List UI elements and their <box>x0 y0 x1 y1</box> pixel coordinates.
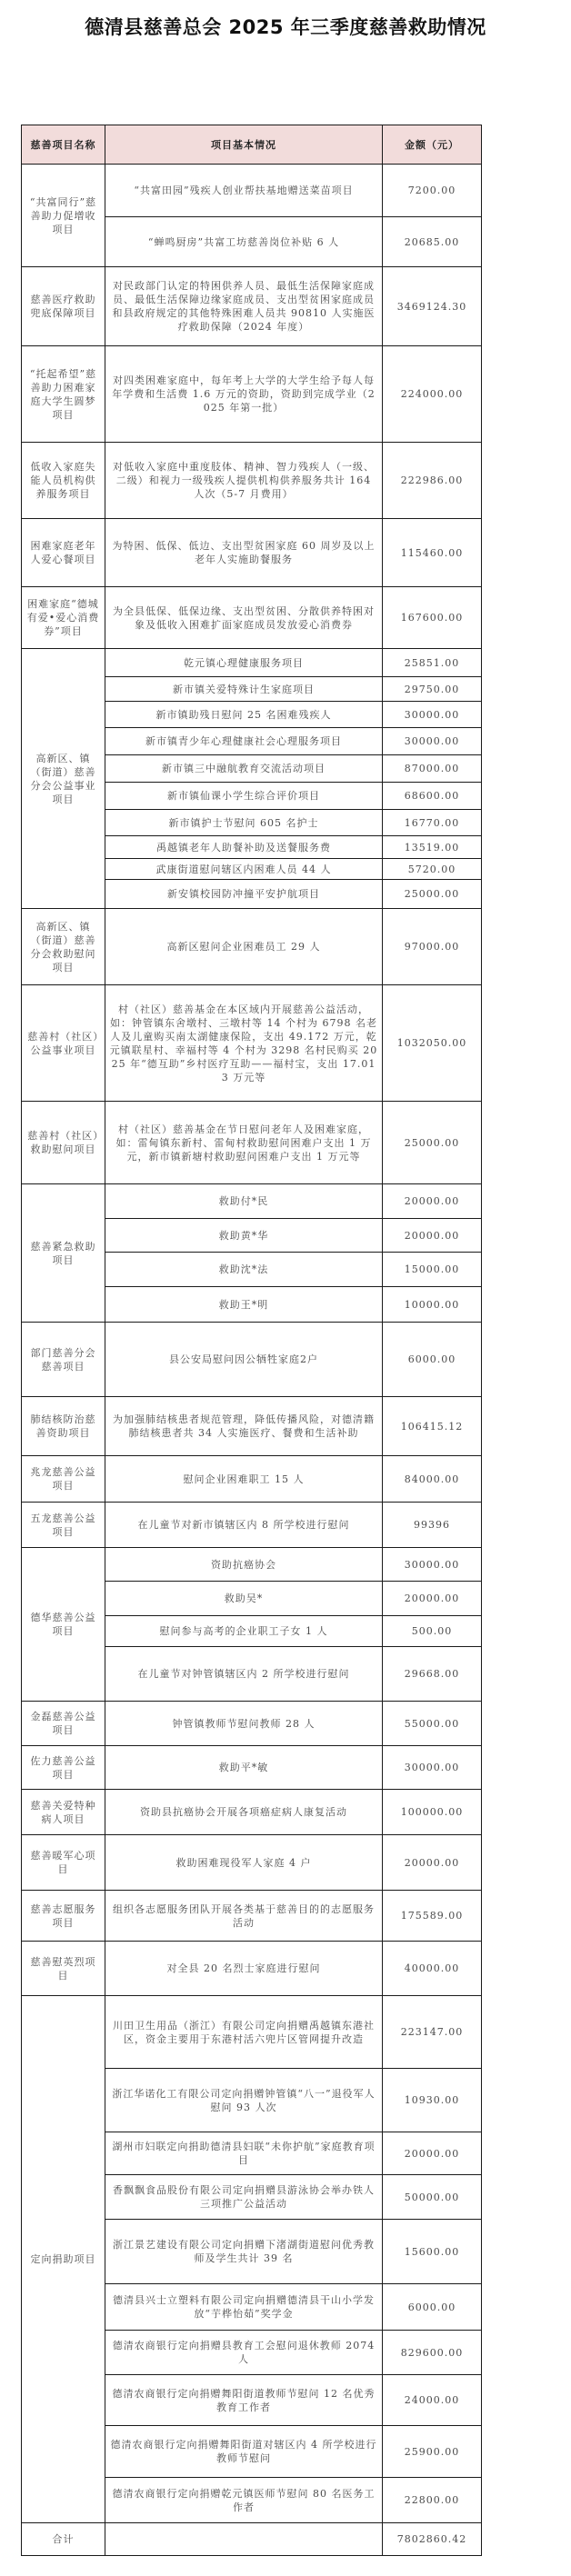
table-row: 德华慈善公益项目资助抗癌协会30000.00 <box>22 1548 482 1582</box>
project-description-cell: 在儿童节对新市镇辖区内 8 所学校进行慰问 <box>105 1503 383 1548</box>
total-label-cell: 合计 <box>22 2523 105 2556</box>
project-description-cell: 新市镇护士节慰问 605 名护士 <box>105 810 383 836</box>
project-description-cell: 湖州市妇联定向捐助德清县妇联“未你护航”家庭教育项目 <box>105 2132 383 2175</box>
amount-cell: 84000.00 <box>383 1456 482 1503</box>
amount-cell: 7200.00 <box>383 165 482 217</box>
table-row: 部门慈善分会慈善项目县公安局慰问因公牺牲家庭2户6000.00 <box>22 1323 482 1397</box>
amount-cell: 20000.00 <box>383 2132 482 2175</box>
project-description-cell: 县公安局慰问因公牺牲家庭2户 <box>105 1323 383 1397</box>
project-category-cell: 高新区、镇（街道）慈善分会救助慰问项目 <box>22 909 105 985</box>
table-row: 慈善村（社区）公益事业项目村（社区）慈善基金在本区域内开展慈善公益活动，如：钟管… <box>22 985 482 1102</box>
amount-cell: 68600.00 <box>383 783 482 810</box>
project-category-cell: 困难家庭老年人爱心餐项目 <box>22 519 105 587</box>
amount-cell: 15600.00 <box>383 2220 482 2284</box>
project-description-cell: 救助吴* <box>105 1582 383 1616</box>
amount-cell: 106415.12 <box>383 1397 482 1456</box>
table-row: “托起希望”慈善助力困难家庭大学生圆梦项目对四类困难家庭中，每年考上大学的大学生… <box>22 346 482 443</box>
amount-cell: 25851.00 <box>383 649 482 677</box>
project-description-cell: 德清县兴士立塑料有限公司定向捐赠德清县干山小学发放“芋桦怡茹”奖学金 <box>105 2284 383 2331</box>
table-row: 金磊慈善公益项目钟管镇教师节慰问教师 28 人55000.00 <box>22 1702 482 1746</box>
project-category-cell: 金磊慈善公益项目 <box>22 1702 105 1746</box>
table-header-row: 慈善项目名称 项目基本情况 金额（元） <box>22 125 482 165</box>
project-category-cell: 肺结核防治慈善资助项目 <box>22 1397 105 1456</box>
amount-cell: 55000.00 <box>383 1702 482 1746</box>
amount-cell: 24000.00 <box>383 2375 482 2426</box>
table-row: 慈善暖军心项目救助困难现役军人家庭 4 户20000.00 <box>22 1835 482 1891</box>
project-category-cell: 慈善医疗救助兜底保障项目 <box>22 267 105 346</box>
header-project-description: 项目基本情况 <box>105 125 383 165</box>
table-row: 五龙慈善公益项目在儿童节对新市镇辖区内 8 所学校进行慰问99396 <box>22 1503 482 1548</box>
amount-cell: 10930.00 <box>383 2069 482 2132</box>
project-description-cell: 救助平*敏 <box>105 1746 383 1790</box>
header-project-name: 慈善项目名称 <box>22 125 105 165</box>
table-row: 困难家庭“德城有爱•爱心消费券”项目为全县低保、低保边缘、支出型贫困、分散供养特… <box>22 587 482 649</box>
project-category-cell: 五龙慈善公益项目 <box>22 1503 105 1548</box>
project-description-cell: 新市镇青少年心理健康社会心理服务项目 <box>105 728 383 755</box>
project-description-cell: 村（社区）慈善基金在本区域内开展慈善公益活动，如：钟管镇东舍墩村、三墩村等 14… <box>105 985 383 1102</box>
project-description-cell: “蝉鸣厨房”共富工坊慈善岗位补贴 6 人 <box>105 217 383 267</box>
table-row: 慈善村（社区）救助慰问项目村（社区）慈善基金在节日慰问老年人及困难家庭，如：雷甸… <box>22 1102 482 1184</box>
table-body: “共富同行”慈善助力促增收项目“共富田园”残疾人创业帮扶基地赠送菜苗项目7200… <box>22 165 482 2556</box>
amount-cell: 25000.00 <box>383 1102 482 1184</box>
project-description-cell: 新市镇三中融航教育交流活动项目 <box>105 755 383 783</box>
amount-cell: 500.00 <box>383 1616 482 1647</box>
project-category-cell: 低收入家庭失能人员机构供养服务项目 <box>22 443 105 519</box>
amount-cell: 222986.00 <box>383 443 482 519</box>
amount-cell: 16770.00 <box>383 810 482 836</box>
project-description-cell: 乾元镇心理健康服务项目 <box>105 649 383 677</box>
amount-cell: 40000.00 <box>383 1942 482 1996</box>
project-category-cell: 慈善村（社区）救助慰问项目 <box>22 1102 105 1184</box>
table-row: 佐力慈善公益项目救助平*敏30000.00 <box>22 1746 482 1790</box>
table-row: 肺结核防治慈善资助项目为加强肺结核患者规范管理，降低传播风险，对德清籍肺结核患者… <box>22 1397 482 1456</box>
project-category-cell: 兆龙慈善公益项目 <box>22 1456 105 1503</box>
project-description-cell: 钟管镇教师节慰问教师 28 人 <box>105 1702 383 1746</box>
amount-cell: 29668.00 <box>383 1647 482 1702</box>
project-category-cell: 慈善关爱特种病人项目 <box>22 1790 105 1835</box>
table-row: 困难家庭老年人爱心餐项目为特困、低保、低边、支出型贫困家庭 60 周岁及以上老年… <box>22 519 482 587</box>
table-row: 慈善紧急救助项目救助付*民20000.00 <box>22 1184 482 1219</box>
project-category-cell: “托起希望”慈善助力困难家庭大学生圆梦项目 <box>22 346 105 443</box>
project-description-cell: 高新区慰问企业困难员工 29 人 <box>105 909 383 985</box>
project-description-cell: 德清农商银行定向捐赠县教育工会慰问退休教师 2074 人 <box>105 2331 383 2375</box>
project-description-cell: 德清农商银行定向捐赠舞阳街道对辖区内 4 所学校进行教师节慰问 <box>105 2426 383 2478</box>
project-description-cell: 新市镇仙课小学生综合评价项目 <box>105 783 383 810</box>
amount-cell: 30000.00 <box>383 702 482 728</box>
table-row: 慈善医疗救助兜底保障项目对民政部门认定的特困供养人员、最低生活保障家庭成员、最低… <box>22 267 482 346</box>
project-description-cell: 资助抗癌协会 <box>105 1548 383 1582</box>
project-category-cell: 高新区、镇（街道）慈善分会公益事业项目 <box>22 649 105 909</box>
project-description-cell: 救助困难现役军人家庭 4 户 <box>105 1835 383 1891</box>
total-row: 合计7802860.42 <box>22 2523 482 2556</box>
amount-cell: 20000.00 <box>383 1582 482 1616</box>
table-row: 慈善慰英烈项目对全县 20 名烈士家庭进行慰问40000.00 <box>22 1942 482 1996</box>
table-row: 兆龙慈善公益项目慰问企业困难职工 15 人84000.00 <box>22 1456 482 1503</box>
total-description-cell <box>105 2523 383 2556</box>
project-category-cell: 慈善暖军心项目 <box>22 1835 105 1891</box>
project-category-cell: 德华慈善公益项目 <box>22 1548 105 1702</box>
project-description-cell: 救助黄*华 <box>105 1219 383 1253</box>
total-amount-cell: 7802860.42 <box>383 2523 482 2556</box>
amount-cell: 20000.00 <box>383 1219 482 1253</box>
amount-cell: 1032050.00 <box>383 985 482 1102</box>
page-title: 德清县慈善总会 2025 年三季度慈善救助情况 <box>0 13 571 40</box>
project-description-cell: 对低收入家庭中重度肢体、精神、智力残疾人（一级、二级）和视力一级残疾人提供机构供… <box>105 443 383 519</box>
project-description-cell: 香飘飘食品股份有限公司定向捐赠县游泳协会举办铁人三项推广公益活动 <box>105 2175 383 2220</box>
project-description-cell: 浙江华诺化工有限公司定向捐赠钟管镇“八一”退役军人慰问 93 人次 <box>105 2069 383 2132</box>
project-category-cell: 困难家庭“德城有爱•爱心消费券”项目 <box>22 587 105 649</box>
project-category-cell: 慈善村（社区）公益事业项目 <box>22 985 105 1102</box>
project-description-cell: 救助王*明 <box>105 1287 383 1323</box>
amount-cell: 25000.00 <box>383 880 482 909</box>
project-category-cell: 慈善紧急救助项目 <box>22 1184 105 1323</box>
table-row: 高新区、镇（街道）慈善分会救助慰问项目高新区慰问企业困难员工 29 人97000… <box>22 909 482 985</box>
project-description-cell: 为特困、低保、低边、支出型贫困家庭 60 周岁及以上老年人实施助餐服务 <box>105 519 383 587</box>
amount-cell: 100000.00 <box>383 1790 482 1835</box>
amount-cell: 20685.00 <box>383 217 482 267</box>
amount-cell: 6000.00 <box>383 2284 482 2331</box>
project-category-cell: 部门慈善分会慈善项目 <box>22 1323 105 1397</box>
project-description-cell: “共富田园”残疾人创业帮扶基地赠送菜苗项目 <box>105 165 383 217</box>
project-description-cell: 武康街道慰问辖区内困难人员 44 人 <box>105 859 383 880</box>
charity-aid-table: 慈善项目名称 项目基本情况 金额（元） “共富同行”慈善助力促增收项目“共富田园… <box>21 125 482 2556</box>
project-description-cell: 对四类困难家庭中，每年考上大学的大学生给予每人每年学费和生活费 1.6 万元的资… <box>105 346 383 443</box>
project-description-cell: 组织各志愿服务团队开展各类基于慈善目的的志愿服务活动 <box>105 1891 383 1942</box>
amount-cell: 167600.00 <box>383 587 482 649</box>
amount-cell: 15000.00 <box>383 1253 482 1287</box>
amount-cell: 13519.00 <box>383 836 482 859</box>
project-description-cell: 新市镇关爱特殊计生家庭项目 <box>105 677 383 702</box>
amount-cell: 3469124.30 <box>383 267 482 346</box>
project-description-cell: 慰问参与高考的企业职工子女 1 人 <box>105 1616 383 1647</box>
project-description-cell: 德清农商银行定向捐赠舞阳街道教师节慰问 12 名优秀教育工作者 <box>105 2375 383 2426</box>
amount-cell: 6000.00 <box>383 1323 482 1397</box>
amount-cell: 829600.00 <box>383 2331 482 2375</box>
amount-cell: 223147.00 <box>383 1996 482 2069</box>
amount-cell: 99396 <box>383 1503 482 1548</box>
project-category-cell: 定向捐助项目 <box>22 1996 105 2523</box>
project-description-cell: 救助沈*法 <box>105 1253 383 1287</box>
project-description-cell: 在儿童节对钟管镇辖区内 2 所学校进行慰问 <box>105 1647 383 1702</box>
project-category-cell: “共富同行”慈善助力促增收项目 <box>22 165 105 267</box>
amount-cell: 87000.00 <box>383 755 482 783</box>
amount-cell: 30000.00 <box>383 1548 482 1582</box>
table-row: “共富同行”慈善助力促增收项目“共富田园”残疾人创业帮扶基地赠送菜苗项目7200… <box>22 165 482 217</box>
project-category-cell: 慈善志愿服务项目 <box>22 1891 105 1942</box>
project-category-cell: 慈善慰英烈项目 <box>22 1942 105 1996</box>
amount-cell: 97000.00 <box>383 909 482 985</box>
amount-cell: 30000.00 <box>383 1746 482 1790</box>
table-row: 慈善关爱特种病人项目资助县抗癌协会开展各项癌症病人康复活动100000.00 <box>22 1790 482 1835</box>
amount-cell: 224000.00 <box>383 346 482 443</box>
project-description-cell: 慰问企业困难职工 15 人 <box>105 1456 383 1503</box>
project-description-cell: 对全县 20 名烈士家庭进行慰问 <box>105 1942 383 1996</box>
header-amount: 金额（元） <box>383 125 482 165</box>
table-row: 高新区、镇（街道）慈善分会公益事业项目乾元镇心理健康服务项目25851.00 <box>22 649 482 677</box>
project-description-cell: 德清农商银行定向捐赠乾元镇医师节慰问 80 名医务工作者 <box>105 2478 383 2523</box>
amount-cell: 22800.00 <box>383 2478 482 2523</box>
project-description-cell: 救助付*民 <box>105 1184 383 1219</box>
amount-cell: 10000.00 <box>383 1287 482 1323</box>
project-description-cell: 新安镇校园防冲撞平安护航项目 <box>105 880 383 909</box>
amount-cell: 50000.00 <box>383 2175 482 2220</box>
project-description-cell: 浙江景艺建设有限公司定向捐赠下渚湖街道慰问优秀教师及学生共计 39 名 <box>105 2220 383 2284</box>
table-row: 低收入家庭失能人员机构供养服务项目对低收入家庭中重度肢体、精神、智力残疾人（一级… <box>22 443 482 519</box>
project-description-cell: 资助县抗癌协会开展各项癌症病人康复活动 <box>105 1790 383 1835</box>
amount-cell: 30000.00 <box>383 728 482 755</box>
project-description-cell: 禹越镇老年人助餐补助及送餐服务费 <box>105 836 383 859</box>
amount-cell: 20000.00 <box>383 1184 482 1219</box>
project-category-cell: 佐力慈善公益项目 <box>22 1746 105 1790</box>
amount-cell: 175589.00 <box>383 1891 482 1942</box>
amount-cell: 29750.00 <box>383 677 482 702</box>
amount-cell: 25900.00 <box>383 2426 482 2478</box>
project-description-cell: 川田卫生用品（浙江）有限公司定向捐赠禹越镇东港社区，资金主要用于东港村活六兜片区… <box>105 1996 383 2069</box>
table-row: 慈善志愿服务项目组织各志愿服务团队开展各类基于慈善目的的志愿服务活动175589… <box>22 1891 482 1942</box>
table-row: 定向捐助项目川田卫生用品（浙江）有限公司定向捐赠禹越镇东港社区，资金主要用于东港… <box>22 1996 482 2069</box>
amount-cell: 5720.00 <box>383 859 482 880</box>
project-description-cell: 对民政部门认定的特困供养人员、最低生活保障家庭成员、最低生活保障边缘家庭成员、支… <box>105 267 383 346</box>
amount-cell: 115460.00 <box>383 519 482 587</box>
project-description-cell: 为加强肺结核患者规范管理，降低传播风险，对德清籍肺结核患者共 34 人实施医疗、… <box>105 1397 383 1456</box>
amount-cell: 20000.00 <box>383 1835 482 1891</box>
project-description-cell: 新市镇助残日慰问 25 名困难残疾人 <box>105 702 383 728</box>
project-description-cell: 村（社区）慈善基金在节日慰问老年人及困难家庭，如：雷甸镇东新村、雷甸村救助慰问困… <box>105 1102 383 1184</box>
project-description-cell: 为全县低保、低保边缘、支出型贫困、分散供养特困对象及低收入困难扩面家庭成员发放爱… <box>105 587 383 649</box>
